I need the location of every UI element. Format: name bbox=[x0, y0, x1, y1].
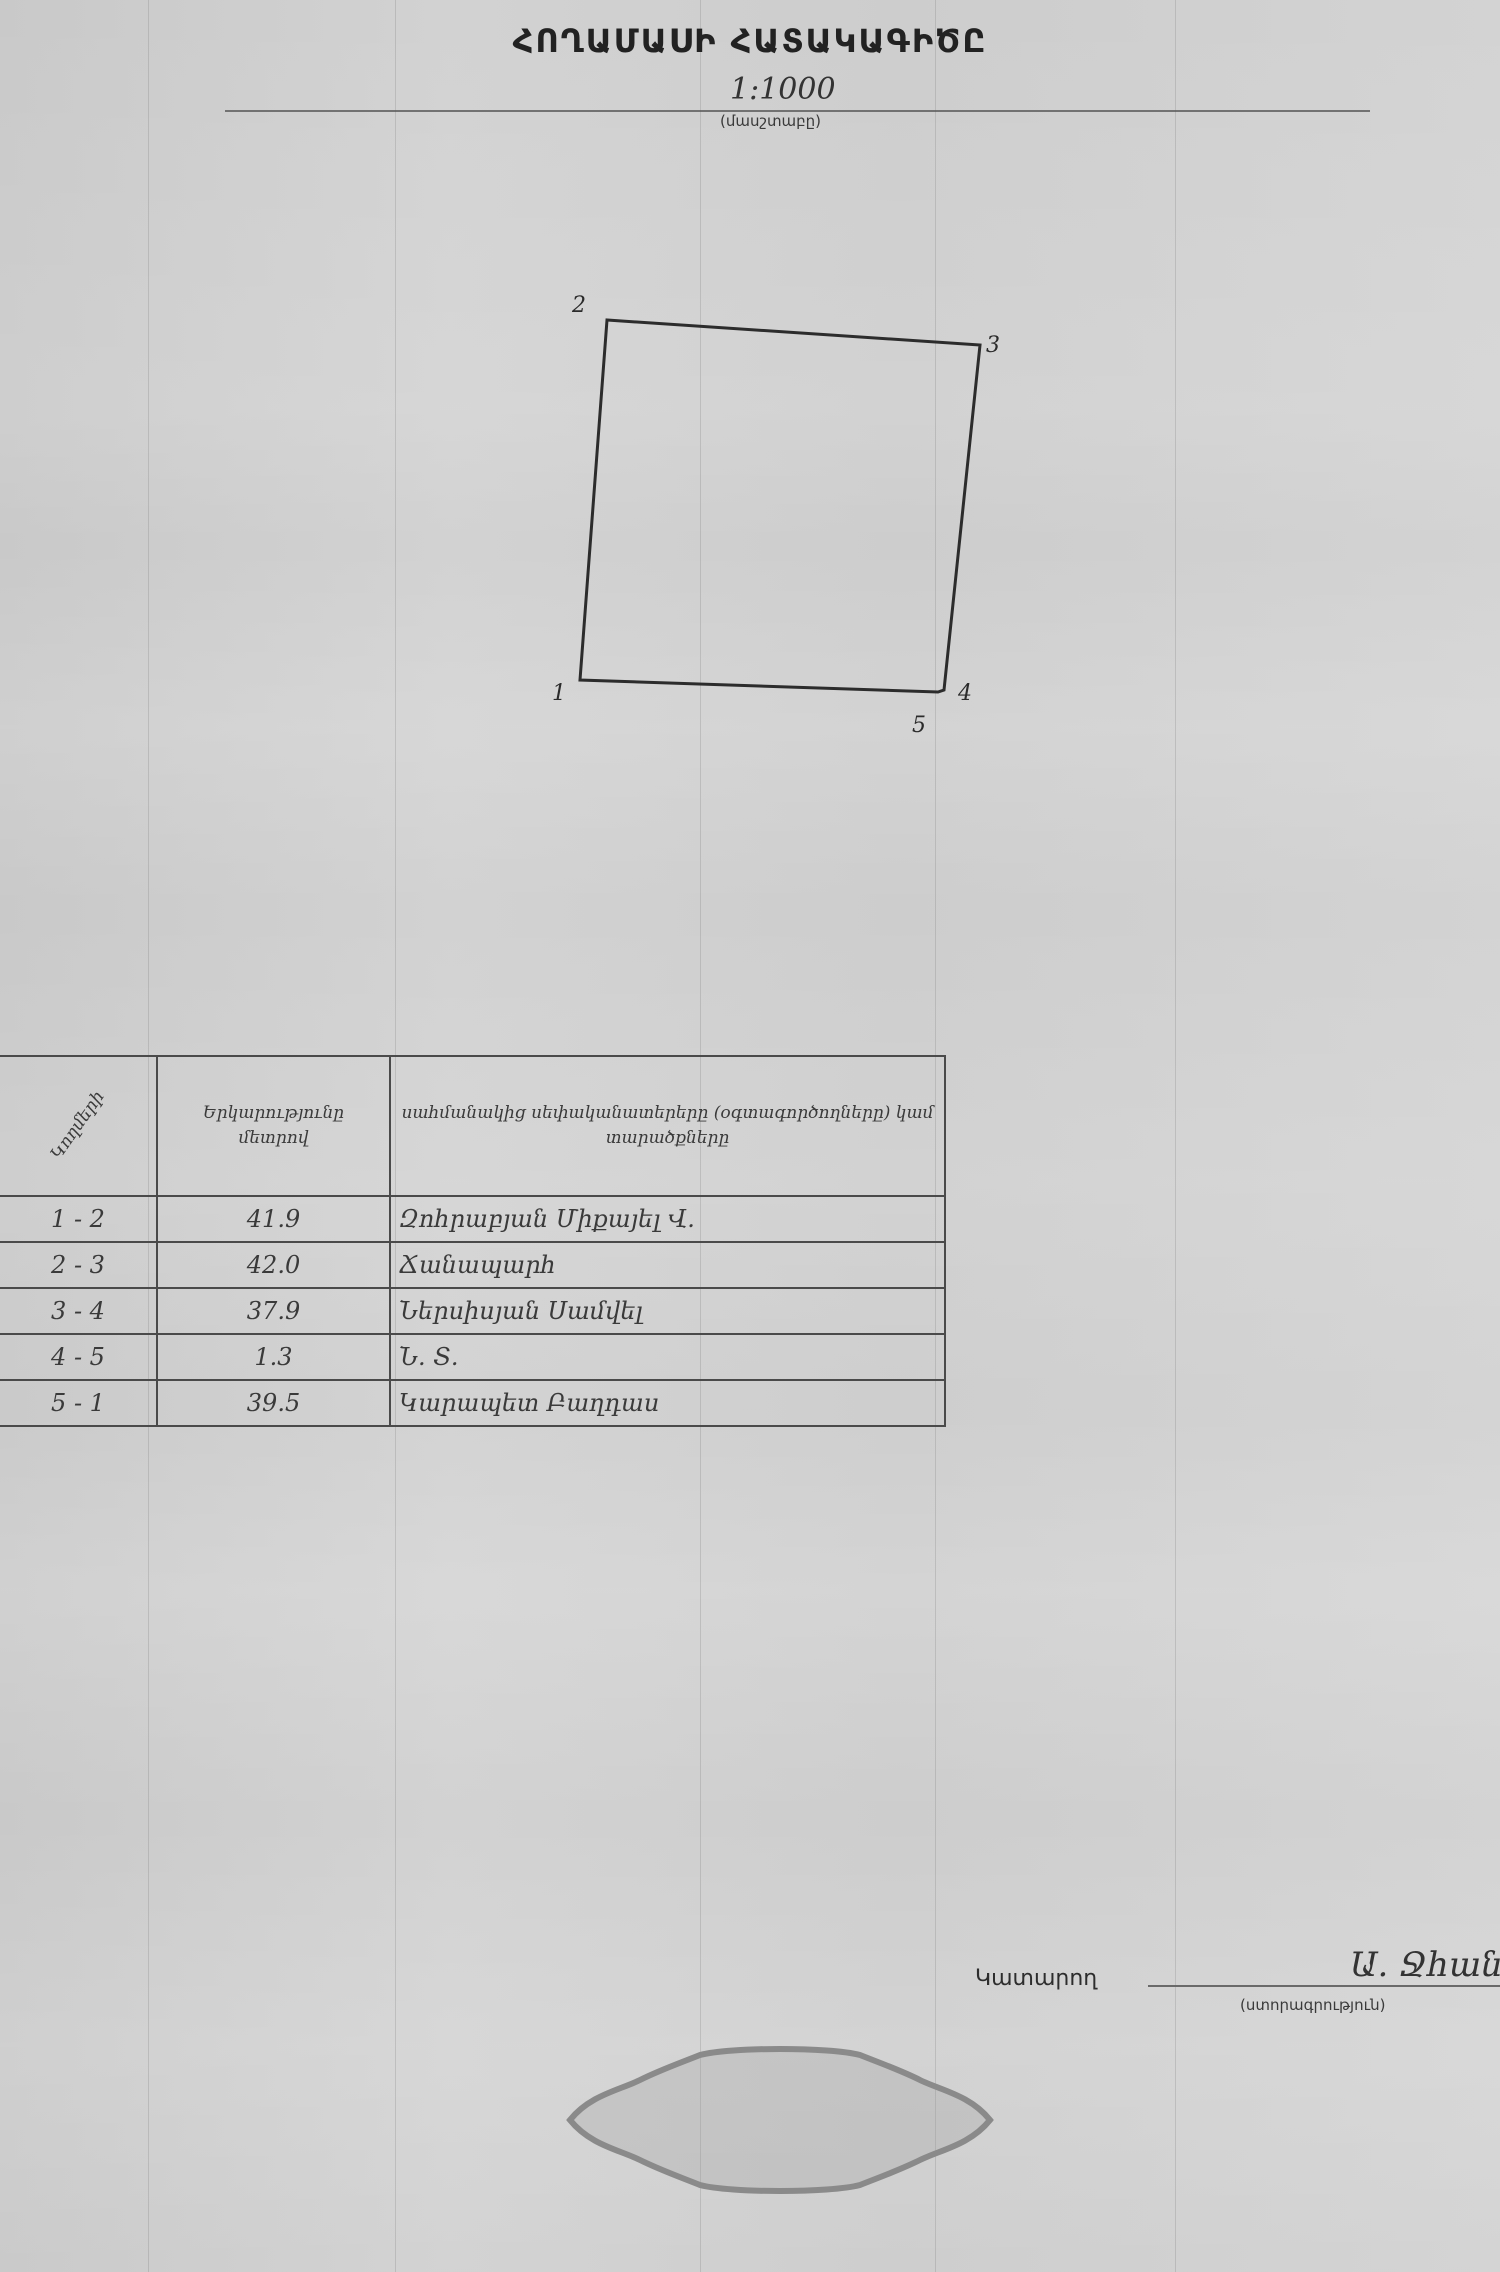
executor-label: Կատարող bbox=[975, 1966, 1097, 1991]
cell-side: 4 - 5 bbox=[0, 1334, 157, 1380]
cell-length: 37.9 bbox=[157, 1288, 390, 1334]
vertex-label-5: 5 bbox=[912, 713, 926, 738]
cell-length: 41.9 bbox=[157, 1196, 390, 1242]
column-header-length: Երկարությունը մետրով bbox=[157, 1056, 390, 1196]
table-row: 3 - 4 37.9 Ներսիսյան Սամվել bbox=[0, 1288, 945, 1334]
vertex-label-2: 2 bbox=[571, 293, 586, 318]
cell-length: 1.3 bbox=[157, 1334, 390, 1380]
table-row: 4 - 5 1.3 Ն. Տ. bbox=[0, 1334, 945, 1380]
table-header-row: Կողմերի Երկարությունը մետրով սահմանակից … bbox=[0, 1056, 945, 1196]
cell-length: 42.0 bbox=[157, 1242, 390, 1288]
cell-neighbor: Ներսիսյան Սամվել bbox=[390, 1288, 945, 1334]
cell-neighbor: Զոհրաբյան Միքայել Վ. bbox=[390, 1196, 945, 1242]
table-row: 5 - 1 39.5 Կարապետ Բաղդաս bbox=[0, 1380, 945, 1426]
cell-length: 39.5 bbox=[157, 1380, 390, 1426]
cell-side: 5 - 1 bbox=[0, 1380, 157, 1426]
boundary-table: Կողմերի Երկարությունը մետրով սահմանակից … bbox=[0, 1055, 946, 1427]
cell-side: 3 - 4 bbox=[0, 1288, 157, 1334]
ornamental-seal-frame bbox=[550, 2035, 1010, 2205]
vertex-label-4: 4 bbox=[957, 681, 972, 706]
cell-neighbor: Ն. Տ. bbox=[390, 1334, 945, 1380]
signature-line bbox=[1148, 1985, 1500, 1987]
column-header-neighbors: սահմանակից սեփականատերերը (օգտագործողներ… bbox=[390, 1056, 945, 1196]
cell-neighbor: Կարապետ Բաղդաս bbox=[390, 1380, 945, 1426]
column-header-sides: Կողմերի bbox=[0, 1056, 157, 1196]
cell-neighbor: Ճանապարհ bbox=[390, 1242, 945, 1288]
vertex-label-1: 1 bbox=[552, 681, 566, 706]
plot-boundary bbox=[580, 320, 980, 692]
cell-side: 2 - 3 bbox=[0, 1242, 157, 1288]
table-row: 1 - 2 41.9 Զոհրաբյան Միքայել Վ. bbox=[0, 1196, 945, 1242]
cell-side: 1 - 2 bbox=[0, 1196, 157, 1242]
plot-plan-drawing: 1 2 3 4 5 bbox=[0, 0, 1500, 800]
executor-signature: Ա. Ջհանգ bbox=[1350, 1945, 1500, 1985]
signature-caption: (ստորագրություն) bbox=[1240, 1996, 1386, 2014]
table-row: 2 - 3 42.0 Ճանապարհ bbox=[0, 1242, 945, 1288]
vertex-label-3: 3 bbox=[986, 333, 1000, 358]
